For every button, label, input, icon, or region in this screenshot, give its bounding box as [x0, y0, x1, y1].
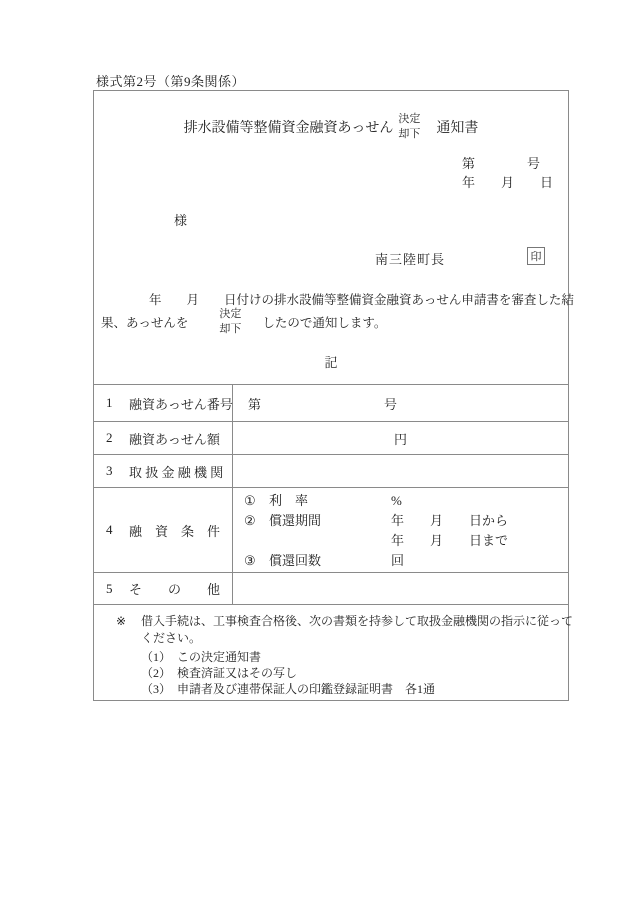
row-label: 融資あっせん番号 — [129, 394, 233, 413]
footer-note-section: ※借入手続は、工事検査合格後、次の書類を持参して取扱金融機関の指示に従って くだ… — [94, 604, 568, 700]
note-instruction-line1: ※借入手続は、工事検査合格後、次の書類を持参して取扱金融機関の指示に従って — [116, 612, 573, 629]
row-value-cell — [233, 573, 568, 604]
table-row-loan-number: 1 融資あっせん番号 第 号 — [94, 384, 568, 421]
signer-row: 南三陸町長 印 — [94, 247, 568, 269]
circled-number-2: ② — [244, 511, 269, 531]
reference-number-line: 第 号 — [462, 154, 553, 173]
row-label-cell: 1 融資あっせん番号 — [94, 385, 233, 421]
note-instruction-line2: ください。 — [141, 629, 201, 646]
document-list-item: （1） この決定通知書 — [141, 649, 435, 665]
table-row-financial-institution: 3 取 扱 金 融 機 関 — [94, 454, 568, 487]
table-row-loan-conditions: 4 融 資 条 件 ① 利 率 % ② 償還期間 年 月 日から — [94, 487, 568, 572]
row-value-cell — [233, 455, 568, 487]
document-page: 様式第2号（第9条関係） 排水設備等整備資金融資あっせん 決定 却下 通知書 第… — [0, 0, 630, 915]
row-label-cell: 5 そ の 他 — [94, 573, 233, 604]
seal-character: 印 — [531, 248, 542, 264]
loan-number-prefix: 第 — [248, 394, 261, 413]
condition-repayment-period-from: ② 償還期間 年 月 日から — [233, 511, 568, 531]
condition-label — [269, 531, 391, 551]
document-title-prefix: 排水設備等整備資金融資あっせん — [184, 117, 394, 137]
document-border-box: 排水設備等整備資金融資あっせん 決定 却下 通知書 第 号 年 月 日 様 南三… — [93, 90, 569, 701]
condition-label: 償還期間 — [269, 511, 391, 531]
circled-number-1: ① — [244, 491, 269, 511]
table-row-loan-amount: 2 融資あっせん額 円 — [94, 421, 568, 454]
row-label-cell: 2 融資あっせん額 — [94, 422, 233, 454]
document-title: 排水設備等整備資金融資あっせん 決定 却下 通知書 — [94, 107, 568, 147]
body-choice-rejection: 却下 — [219, 322, 241, 337]
condition-value: % — [391, 491, 402, 511]
loan-details-table: 1 融資あっせん番号 第 号 2 融資あっせん額 円 3 — [94, 384, 568, 604]
condition-interest-rate: ① 利 率 % — [233, 491, 568, 511]
decision-rejection-stack: 決定 却下 — [398, 112, 420, 142]
choice-decision: 決定 — [398, 112, 420, 127]
reference-block: 第 号 年 月 日 — [462, 154, 553, 192]
choice-rejection: 却下 — [398, 127, 420, 142]
addressee-honorific: 様 — [174, 210, 187, 229]
condition-repayment-period-to: 年 月 日まで — [233, 531, 568, 551]
row-label-cell: 3 取 扱 金 融 機 関 — [94, 455, 233, 487]
row-value-cell: 第 号 — [233, 385, 568, 421]
document-title-suffix: 通知書 — [436, 117, 478, 137]
table-row-other: 5 そ の 他 — [94, 572, 568, 604]
row-number: 3 — [106, 463, 129, 479]
signer-title: 南三陸町長 — [375, 249, 445, 268]
body-line2-after: したので通知します。 — [262, 313, 386, 331]
circled-number-3: ③ — [244, 551, 269, 571]
condition-label: 償還回数 — [269, 551, 391, 571]
condition-marker-blank — [244, 531, 269, 551]
condition-value: 年 月 日まで — [391, 531, 508, 551]
condition-repayment-count: ③ 償還回数 回 — [233, 551, 568, 571]
condition-value: 年 月 日から — [391, 511, 508, 531]
loan-number-suffix: 号 — [384, 394, 397, 413]
condition-value: 回 — [391, 551, 404, 571]
body-decision-rejection-stack: 決定 却下 — [219, 307, 241, 337]
seal-mark: 印 — [527, 247, 545, 265]
form-style-label: 様式第2号（第9条関係） — [96, 71, 245, 90]
amount-unit: 円 — [394, 429, 407, 448]
note-reference-mark: ※ — [116, 614, 141, 629]
body-line2-before: 果、あっせんを — [101, 313, 188, 331]
row-label: 融 資 条 件 — [129, 521, 220, 540]
row-value-cell: 円 — [233, 422, 568, 454]
body-paragraph-line2: 果、あっせんを 決定 却下 したので通知します。 — [101, 305, 386, 339]
note-instruction-text: 借入手続は、工事検査合格後、次の書類を持参して取扱金融機関の指示に従って — [141, 614, 573, 628]
required-documents-list: （1） この決定通知書 （2） 検査済証又はその写し （3） 申請者及び連帯保証… — [141, 649, 435, 697]
document-list-item: （2） 検査済証又はその写し — [141, 665, 435, 681]
row-label: 融資あっせん額 — [129, 429, 220, 448]
row-label: 取 扱 金 融 機 関 — [129, 462, 223, 481]
row-number: 2 — [106, 430, 129, 446]
conditions-cell: ① 利 率 % ② 償還期間 年 月 日から 年 月 日まで — [233, 488, 568, 572]
date-line: 年 月 日 — [462, 173, 553, 192]
body-choice-decision: 決定 — [219, 307, 241, 322]
document-list-item: （3） 申請者及び連帯保証人の印鑑登録証明書 各1通 — [141, 681, 435, 697]
condition-label: 利 率 — [269, 491, 391, 511]
row-label-cell: 4 融 資 条 件 — [94, 488, 233, 572]
row-number: 1 — [106, 395, 129, 411]
row-label: そ の 他 — [129, 579, 220, 598]
record-heading: 記 — [94, 352, 568, 371]
row-number: 5 — [106, 581, 129, 597]
row-number: 4 — [106, 522, 129, 538]
